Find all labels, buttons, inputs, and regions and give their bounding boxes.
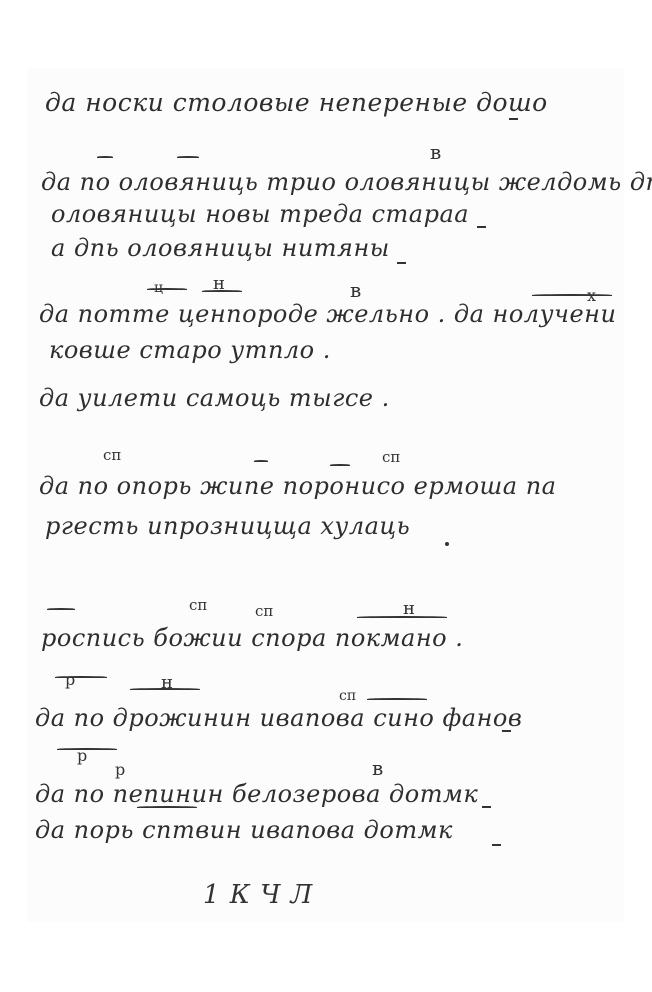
manuscript-line: ргесть ипрозницща хулаць (45, 512, 410, 540)
superscript-letter: сп (339, 688, 356, 704)
superscript-letter: сп (382, 448, 400, 466)
superscript-titlo (367, 698, 427, 700)
superscript-titlo (177, 156, 199, 158)
manuscript-line: да по опорь жипе поронисо ермоша па (39, 472, 556, 500)
superscript-letter: р (115, 760, 125, 779)
manuscript-line: ковше старо утпло . (49, 336, 331, 364)
superscript-titlo (254, 460, 268, 462)
line-end-dash (482, 806, 491, 808)
superscript-letter: в (350, 278, 361, 302)
line-end-dash (477, 226, 486, 228)
manuscript-line: да по оловяниць трио оловяницы желдомь д… (41, 168, 652, 196)
manuscript-line: оловяницы новы треда стараа (51, 200, 469, 228)
superscript-letter: н (403, 598, 415, 619)
superscript-letter: сп (103, 446, 121, 464)
superscript-letter: н (213, 273, 225, 294)
superscript-letter: сп (255, 602, 273, 620)
superscript-titlo (137, 806, 197, 808)
line-end-dot (445, 542, 449, 546)
manuscript-line: да по пепинин белозерова дотмк (35, 780, 478, 808)
manuscript-line: да уилети самоць тыгсе . (39, 384, 390, 412)
manuscript-line: да порь сптвин ивапова дотмк (35, 816, 453, 844)
superscript-letter: в (430, 140, 441, 164)
line-end-dash (502, 730, 511, 732)
superscript-letter: н (161, 672, 173, 693)
superscript-titlo (147, 288, 187, 290)
superscript-letter: в (372, 756, 383, 780)
line-end-dash (397, 262, 406, 264)
manuscript-line: роспись божии спора покмано . (41, 624, 463, 652)
superscript-titlo (330, 464, 350, 466)
line-end-dash (492, 844, 501, 846)
superscript-letter: сп (189, 596, 207, 614)
superscript-titlo (47, 608, 75, 610)
line-end-dash (509, 118, 518, 120)
manuscript-page: да носки столовые непереные дошо в да по… (27, 68, 624, 922)
superscript-titlo (55, 676, 107, 678)
superscript-titlo (97, 156, 113, 158)
manuscript-line: да по дрожинин ивапова сино фанов (35, 704, 522, 732)
superscript-letter: р (77, 746, 87, 765)
manuscript-line: да носки столовые непереные дошо (45, 88, 548, 117)
manuscript-line: да потте ценпороде жельно . да нолучени (39, 300, 616, 328)
superscript-titlo (532, 294, 612, 296)
manuscript-line: а дпь оловяницы нитяны (51, 234, 390, 262)
folio-number: 1 К Ч Л (203, 880, 313, 910)
superscript-titlo (357, 616, 447, 618)
superscript-letter: ц (154, 280, 163, 296)
superscript-letter: р (65, 670, 75, 689)
